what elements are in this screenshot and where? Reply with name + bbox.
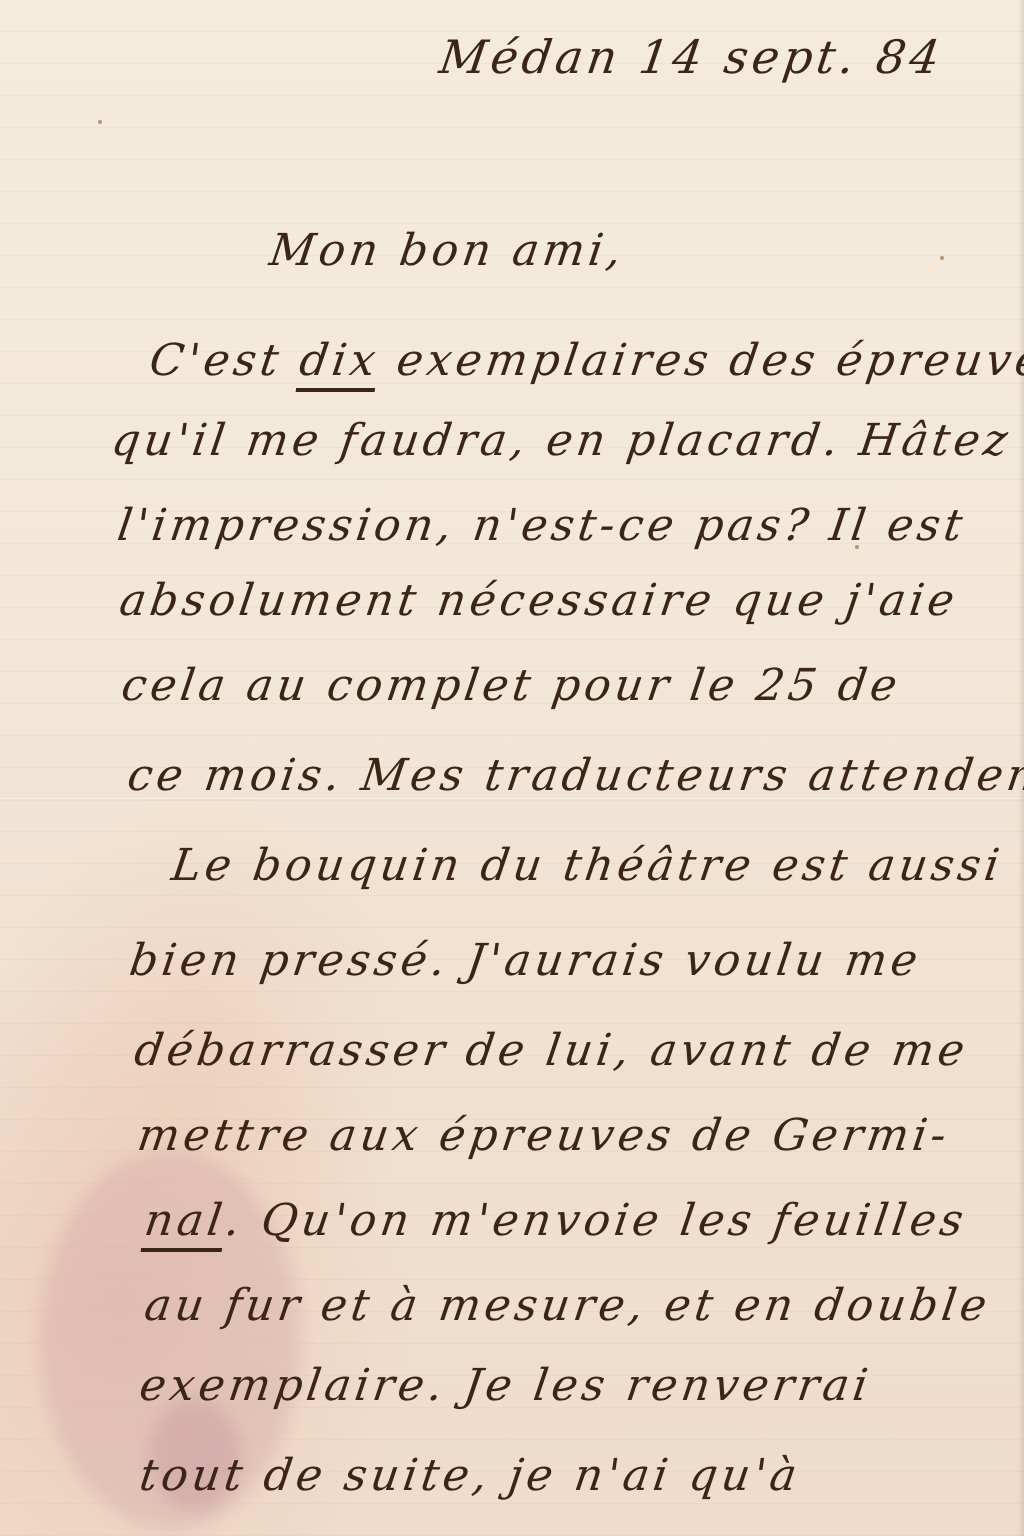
letter-line-7: Le bouquin du théâtre est aussi [168,840,1006,891]
letter-line-10: mettre aux épreuves de Germi- [134,1110,953,1161]
paper-speck [98,120,102,124]
letter-line-3: l'impression, n'est-ce pas? Il est [114,500,969,551]
letter-line-11: nal. Qu'on m'envoie les feuilles [141,1195,970,1246]
letter-line-12: au fur et à mesure, et en double [141,1280,993,1331]
letter-line-2: qu'il me faudra, en placard. Hâtez [108,415,1014,466]
letter-line-14: tout de suite, je n'ai qu'à [136,1450,803,1501]
letter-line-1: C'est dix exemplaires des épreuves [146,335,1024,386]
letter-line-5: cela au complet pour le 25 de [118,660,904,711]
letter-line-6: ce mois. Mes traducteurs attendent. [124,750,1024,801]
emphasis-underlined: dix [296,335,383,392]
letter-line-13: exemplaire. Je les renverrai [136,1360,874,1411]
paper-speck [940,256,944,260]
letter-line-8: bien pressé. J'aurais voulu me [126,935,924,986]
letter-line-9: débarrasser de lui, avant de me [131,1025,971,1076]
letter-line-4: absolument nécessaire que j'aie [116,575,961,626]
dateline: Médan 14 sept. 84 [436,30,947,84]
emphasis-underlined: nal [141,1195,230,1252]
letter-page: Médan 14 sept. 84 Mon bon ami, C'est dix… [0,0,1024,1536]
salutation: Mon bon ami, [266,225,628,276]
